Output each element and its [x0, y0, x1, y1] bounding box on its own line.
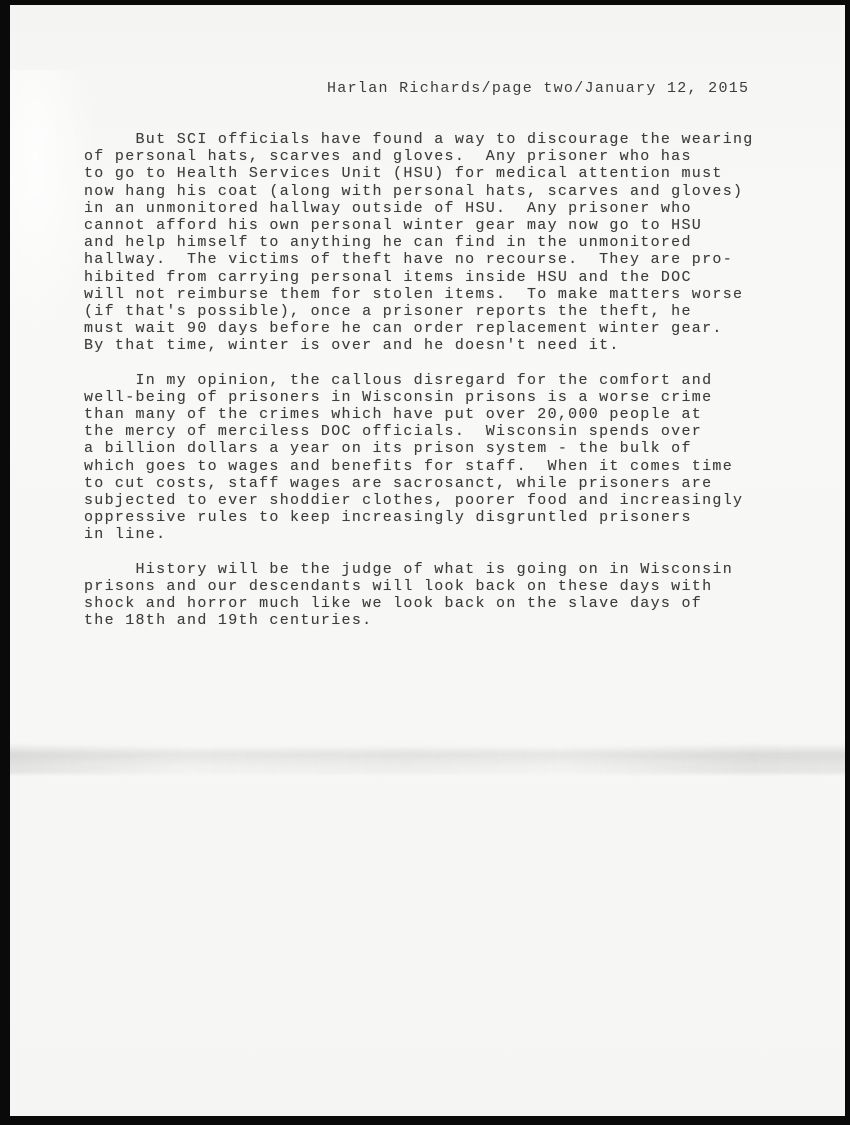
letter-body: But SCI officials have found a way to di… — [84, 131, 784, 646]
paragraph-history-judge: History will be the judge of what is goi… — [84, 561, 784, 630]
scanned-letter-page: Harlan Richards/page two/January 12, 201… — [0, 0, 850, 1125]
scan-edge-bottom — [0, 1116, 850, 1125]
paragraph-sci-officials: But SCI officials have found a way to di… — [84, 131, 784, 355]
paragraph-in-my-opinion: In my opinion, the callous disregard for… — [84, 372, 784, 544]
scan-edge-top — [0, 0, 850, 5]
scan-edge-right — [845, 0, 850, 1125]
scan-fold-band-artifact — [0, 744, 850, 774]
scan-edge-left — [0, 0, 10, 1125]
page-header: Harlan Richards/page two/January 12, 201… — [327, 80, 749, 97]
